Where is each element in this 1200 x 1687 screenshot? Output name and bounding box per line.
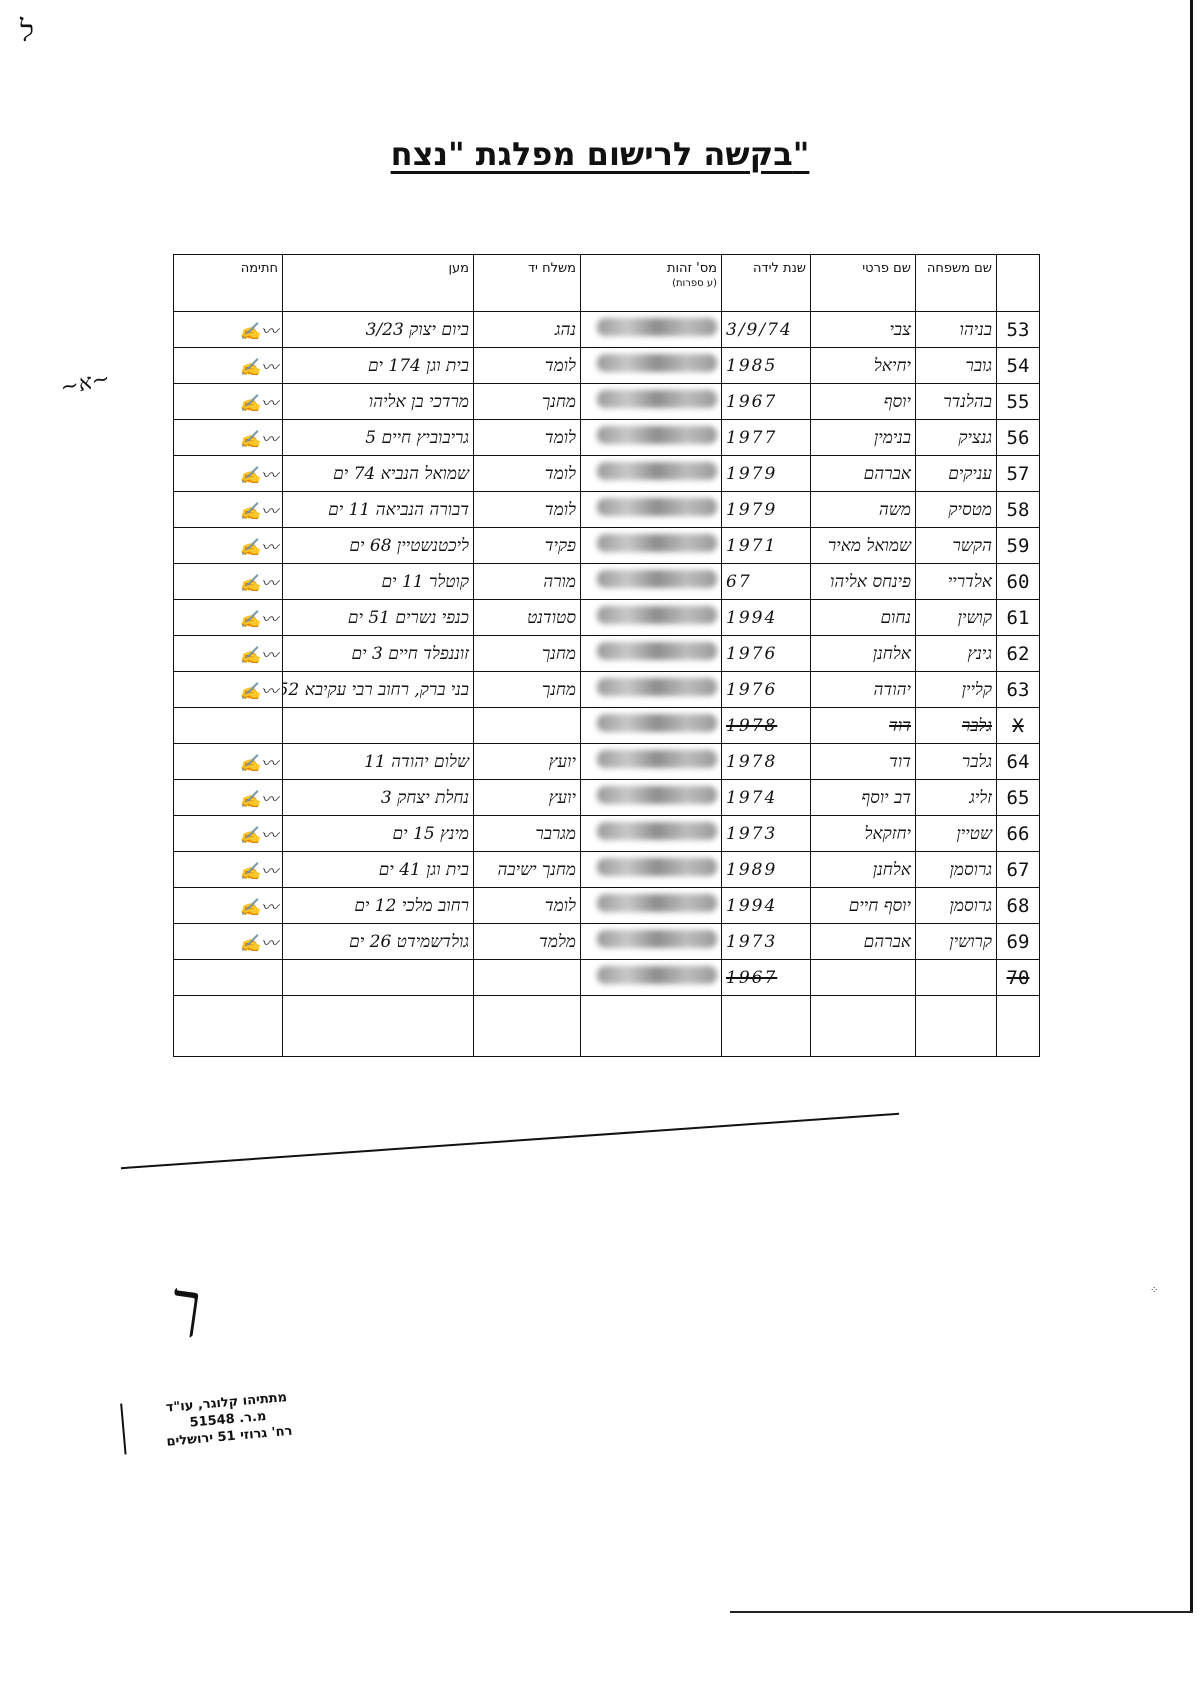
redacted-id-blur <box>597 642 717 660</box>
cell-first-name: אלחנן <box>811 852 916 888</box>
cell-address <box>283 708 474 744</box>
cell-occupation: מורה <box>474 564 581 600</box>
table-body: 53בניהוצבי3/9/74נהגביום יצוק 3/23〰✍54גוב… <box>174 312 1040 1057</box>
row-number: 70 <box>997 960 1040 996</box>
redacted-id-blur <box>597 930 717 948</box>
cell-address: נחלת יצחק 3 <box>283 780 474 816</box>
cell-last-name: קרושין <box>916 924 997 960</box>
cell-id-number <box>581 960 722 996</box>
cell-id-number <box>581 924 722 960</box>
handwritten-signature: 〰✍ <box>240 322 278 342</box>
handwritten-signature: 〰✍ <box>240 358 278 378</box>
handwritten-signature: 〰✍ <box>240 646 278 666</box>
cell-id-number <box>581 816 722 852</box>
cell-signature: 〰✍ <box>174 780 283 816</box>
cell-first-name: יוסף חיים <box>811 888 916 924</box>
table-row: 59הקשרשמואל מאיר1971פקידליכטנשטיין 68 ים… <box>174 528 1040 564</box>
cell-id-number <box>581 636 722 672</box>
redacted-id-blur <box>597 462 717 480</box>
handwritten-signature: 〰✍ <box>240 610 278 630</box>
cell-last-name: קליין <box>916 672 997 708</box>
redacted-id-blur <box>597 606 717 624</box>
cell-occupation: פקיד <box>474 528 581 564</box>
cell-occupation: יועץ <box>474 780 581 816</box>
cell-birth-year: 3/9/74 <box>722 312 811 348</box>
cell-birth-year: 1976 <box>722 636 811 672</box>
cell-first-name: פינחס אליהו <box>811 564 916 600</box>
cell-address: כנפי נשרים 51 ים <box>283 600 474 636</box>
cell-last-name: שטיין <box>916 816 997 852</box>
cell-signature: 〰✍ <box>174 852 283 888</box>
row-number: X <box>997 708 1040 744</box>
redacted-id-blur <box>597 714 717 732</box>
table-row: 67גרוסמןאלחנן1989מחנך ישיבהבית וגן 41 ים… <box>174 852 1040 888</box>
row-number: 67 <box>997 852 1040 888</box>
cell-id-number <box>581 528 722 564</box>
empty-cell <box>283 996 474 1057</box>
cell-signature: 〰✍ <box>174 924 283 960</box>
cell-signature: 〰✍ <box>174 816 283 852</box>
cell-birth-year: 1978 <box>722 708 811 744</box>
redacted-id-blur <box>597 822 717 840</box>
cell-occupation: נהג <box>474 312 581 348</box>
cell-address: שלום יהודה 11 <box>283 744 474 780</box>
cell-first-name: בנימין <box>811 420 916 456</box>
cell-id-number <box>581 744 722 780</box>
cell-address: ביום יצוק 3/23 <box>283 312 474 348</box>
registration-table: שם משפחה שם פרטי שנת לידה מס' זהות (ע ספ… <box>173 254 1032 1195</box>
empty-cell <box>811 996 916 1057</box>
header-last-name: שם משפחה <box>916 255 997 312</box>
cell-signature: 〰✍ <box>174 528 283 564</box>
cell-id-number <box>581 600 722 636</box>
cell-birth-year: 1974 <box>722 780 811 816</box>
row-number: 61 <box>997 600 1040 636</box>
cell-signature: 〰✍ <box>174 456 283 492</box>
cell-occupation: יועץ <box>474 744 581 780</box>
row-number: 68 <box>997 888 1040 924</box>
cell-last-name: עניקים <box>916 456 997 492</box>
cell-first-name: דוד <box>811 744 916 780</box>
table-row: 57עניקיםאברהם1979לומדשמואל הנביא 74 ים〰✍ <box>174 456 1040 492</box>
cell-address: שמואל הנביא 74 ים <box>283 456 474 492</box>
document-title: בקשה לרישום מפלגת "נצח" <box>391 135 810 173</box>
cell-last-name: הקשר <box>916 528 997 564</box>
cell-birth-year: 1967 <box>722 384 811 420</box>
redacted-id-blur <box>597 498 717 516</box>
cell-address: ליכטנשטיין 68 ים <box>283 528 474 564</box>
cell-last-name: בניהו <box>916 312 997 348</box>
table-row: 68גרוסמןיוסף חיים1994לומדרחוב מלכי 12 ים… <box>174 888 1040 924</box>
cell-first-name: יהודה <box>811 672 916 708</box>
cell-last-name: מטסיק <box>916 492 997 528</box>
table-row: 56גנציקבנימין1977לומדגריבוביץ חיים 5〰✍ <box>174 420 1040 456</box>
redacted-id-blur <box>597 750 717 768</box>
cell-first-name: אלחנן <box>811 636 916 672</box>
cell-birth-year: 1971 <box>722 528 811 564</box>
cell-first-name: יוסף <box>811 384 916 420</box>
cell-signature: 〰✍ <box>174 636 283 672</box>
initial-mark: ך <box>167 1268 206 1341</box>
header-address: מען <box>283 255 474 312</box>
cell-id-number <box>581 672 722 708</box>
cell-first-name: דב יוסף <box>811 780 916 816</box>
cell-birth-year: 1973 <box>722 924 811 960</box>
empty-cell <box>174 996 283 1057</box>
cell-birth-year: 1967 <box>722 960 811 996</box>
table-row: 62גינץאלחנן1976מחנךזוננפלד חיים 3 ים〰✍ <box>174 636 1040 672</box>
row-number: 62 <box>997 636 1040 672</box>
table-row: 54גובריחיאל1985לומדבית וגן 174 ים〰✍ <box>174 348 1040 384</box>
handwritten-signature: 〰✍ <box>240 826 278 846</box>
row-number: 54 <box>997 348 1040 384</box>
row-number: 63 <box>997 672 1040 708</box>
row-number: 69 <box>997 924 1040 960</box>
document-title-wrapper: בקשה לרישום מפלגת "נצח" <box>0 135 1200 173</box>
scan-speck: ⁘ <box>1150 1285 1158 1296</box>
cell-signature: 〰✍ <box>174 384 283 420</box>
cell-first-name: משה <box>811 492 916 528</box>
cell-id-number <box>581 312 722 348</box>
cell-occupation <box>474 708 581 744</box>
handwritten-signature: 〰✍ <box>240 790 278 810</box>
cell-signature: 〰✍ <box>174 420 283 456</box>
cell-birth-year: 1977 <box>722 420 811 456</box>
cell-signature: 〰✍ <box>174 744 283 780</box>
cell-occupation: מלמד <box>474 924 581 960</box>
cell-birth-year: 1985 <box>722 348 811 384</box>
redacted-id-blur <box>597 354 717 372</box>
cell-id-number <box>581 492 722 528</box>
cell-birth-year: 1994 <box>722 600 811 636</box>
header-first-name: שם פרטי <box>811 255 916 312</box>
redacted-id-blur <box>597 894 717 912</box>
table-row: 69קרושיןאברהם1973מלמדגולדשמידט 26 ים〰✍ <box>174 924 1040 960</box>
cell-occupation: מחנך <box>474 384 581 420</box>
cell-id-number <box>581 384 722 420</box>
handwritten-signature: 〰✍ <box>240 682 278 702</box>
row-number: 65 <box>997 780 1040 816</box>
table-header-row: שם משפחה שם פרטי שנת לידה מס' זהות (ע ספ… <box>174 255 1040 312</box>
cell-last-name: גלבר <box>916 744 997 780</box>
table-row: 60אלדרייפינחס אליהו67מורהקוטלר 11 ים〰✍ <box>174 564 1040 600</box>
row-number: 60 <box>997 564 1040 600</box>
cell-id-number <box>581 708 722 744</box>
cell-occupation: סטודנט <box>474 600 581 636</box>
handwritten-signature: 〰✍ <box>240 574 278 594</box>
handwritten-signature: 〰✍ <box>240 862 278 882</box>
cell-id-number <box>581 420 722 456</box>
row-number: 66 <box>997 816 1040 852</box>
header-birth-year: שנת לידה <box>722 255 811 312</box>
cell-address: מרדכי בן אליהו <box>283 384 474 420</box>
cell-birth-year: 1994 <box>722 888 811 924</box>
cell-id-number <box>581 780 722 816</box>
cell-birth-year: 1979 <box>722 492 811 528</box>
cell-id-number <box>581 348 722 384</box>
cell-occupation: לומד <box>474 348 581 384</box>
row-number: 53 <box>997 312 1040 348</box>
cell-signature: 〰✍ <box>174 312 283 348</box>
cell-signature: 〰✍ <box>174 564 283 600</box>
empty-cell <box>722 996 811 1057</box>
table-row: 64גלברדוד1978יועץשלום יהודה 11〰✍ <box>174 744 1040 780</box>
cell-last-name: גנציק <box>916 420 997 456</box>
handwritten-signature: 〰✍ <box>240 934 278 954</box>
cell-occupation: לומד <box>474 420 581 456</box>
cell-occupation: מחנך <box>474 636 581 672</box>
table-row: Xגלברדוד1978 <box>174 708 1040 744</box>
header-row-number <box>997 255 1040 312</box>
cell-address: בית וגן 174 ים <box>283 348 474 384</box>
cell-occupation: מחנך <box>474 672 581 708</box>
cell-id-number <box>581 852 722 888</box>
cell-last-name: גלבר <box>916 708 997 744</box>
cell-address: דבורה הנביאה 11 ים <box>283 492 474 528</box>
redacted-id-blur <box>597 966 717 984</box>
row-number: 56 <box>997 420 1040 456</box>
cell-occupation <box>474 960 581 996</box>
row-number: 57 <box>997 456 1040 492</box>
handwritten-signature: 〰✍ <box>240 430 278 450</box>
table-row: 53בניהוצבי3/9/74נהגביום יצוק 3/23〰✍ <box>174 312 1040 348</box>
cell-last-name: גרוסמן <box>916 888 997 924</box>
cell-id-number <box>581 456 722 492</box>
table-row: 66שטייןיחזקאל1973מגרברמינץ 15 ים〰✍ <box>174 816 1040 852</box>
table-row: 55בהלנדריוסף1967מחנךמרדכי בן אליהו〰✍ <box>174 384 1040 420</box>
cell-signature: 〰✍ <box>174 600 283 636</box>
row-number: 64 <box>997 744 1040 780</box>
cell-first-name: דוד <box>811 708 916 744</box>
table-row: 65זליגדב יוסף1974יועץנחלת יצחק 3〰✍ <box>174 780 1040 816</box>
row-number: 58 <box>997 492 1040 528</box>
cell-last-name: גובר <box>916 348 997 384</box>
cell-signature: 〰✍ <box>174 888 283 924</box>
redacted-id-blur <box>597 786 717 804</box>
cell-signature <box>174 708 283 744</box>
cell-address: קוטלר 11 ים <box>283 564 474 600</box>
cell-last-name: גרוסמן <box>916 852 997 888</box>
registration-grid: שם משפחה שם פרטי שנת לידה מס' זהות (ע ספ… <box>173 254 1040 1057</box>
cell-occupation: לומד <box>474 492 581 528</box>
cell-address <box>283 960 474 996</box>
cell-birth-year: 1979 <box>722 456 811 492</box>
handwritten-signature: 〰✍ <box>240 898 278 918</box>
cell-birth-year: 1973 <box>722 816 811 852</box>
cell-first-name: יחזקאל <box>811 816 916 852</box>
cell-signature: 〰✍ <box>174 492 283 528</box>
cell-address: מינץ 15 ים <box>283 816 474 852</box>
cell-birth-year: 67 <box>722 564 811 600</box>
redacted-id-blur <box>597 390 717 408</box>
redacted-id-blur <box>597 570 717 588</box>
page-border-right <box>1190 0 1193 1613</box>
redacted-id-blur <box>597 318 717 336</box>
cell-id-number <box>581 888 722 924</box>
cell-first-name: אברהם <box>811 456 916 492</box>
empty-cell <box>581 996 722 1057</box>
cell-first-name: שמואל מאיר <box>811 528 916 564</box>
lawyer-stamp: מתתיהו קלוגר, עו"ד מ.ר. 51548 רח' גרוזי … <box>120 1387 320 1455</box>
handwritten-signature: 〰✍ <box>240 466 278 486</box>
redacted-id-blur <box>597 534 717 552</box>
header-signature: חתימה <box>174 255 283 312</box>
cell-last-name: זליג <box>916 780 997 816</box>
cell-birth-year: 1978 <box>722 744 811 780</box>
cell-address: רחוב מלכי 12 ים <box>283 888 474 924</box>
cell-address: בני ברק, רחוב רבי עקיבא 52 <box>283 672 474 708</box>
cell-address: גולדשמידט 26 ים <box>283 924 474 960</box>
cell-birth-year: 1989 <box>722 852 811 888</box>
cell-signature <box>174 960 283 996</box>
cell-last-name: אלדריי <box>916 564 997 600</box>
cell-occupation: לומד <box>474 456 581 492</box>
header-occupation: משלח יד <box>474 255 581 312</box>
cell-occupation: מחנך ישיבה <box>474 852 581 888</box>
handwritten-signature: 〰✍ <box>240 502 278 522</box>
table-row: 701967 <box>174 960 1040 996</box>
handwritten-signature: 〰✍ <box>240 394 278 414</box>
header-id-label: מס' זהות <box>667 261 717 276</box>
cell-birth-year: 1976 <box>722 672 811 708</box>
cell-occupation: לומד <box>474 888 581 924</box>
header-id-number: מס' זהות (ע ספרות) <box>581 255 722 312</box>
empty-cell <box>916 996 997 1057</box>
handwritten-signature: 〰✍ <box>240 538 278 558</box>
cell-last-name: קושין <box>916 600 997 636</box>
cell-address: גריבוביץ חיים 5 <box>283 420 474 456</box>
row-number: 59 <box>997 528 1040 564</box>
cell-last-name: בהלנדר <box>916 384 997 420</box>
table-row: 61קושיןנחום1994סטודנטכנפי נשרים 51 ים〰✍ <box>174 600 1040 636</box>
cell-occupation: מגרבר <box>474 816 581 852</box>
cell-address: זוננפלד חיים 3 ים <box>283 636 474 672</box>
margin-signature: ~ﬡ~ <box>58 365 112 401</box>
cell-first-name: נחום <box>811 600 916 636</box>
table-row: 58מטסיקמשה1979לומדדבורה הנביאה 11 ים〰✍ <box>174 492 1040 528</box>
cell-id-number <box>581 564 722 600</box>
cell-first-name <box>811 960 916 996</box>
empty-cell <box>997 996 1040 1057</box>
cell-last-name: גינץ <box>916 636 997 672</box>
page-border-bottom <box>730 1611 1193 1613</box>
cell-signature: 〰✍ <box>174 348 283 384</box>
redacted-id-blur <box>597 678 717 696</box>
cell-signature: 〰✍ <box>174 672 283 708</box>
cell-first-name: צבי <box>811 312 916 348</box>
handwritten-signature: 〰✍ <box>240 754 278 774</box>
cell-first-name: אברהם <box>811 924 916 960</box>
header-id-note: (ע ספרות) <box>585 278 717 289</box>
cell-last-name <box>916 960 997 996</box>
page-corner-mark: ל <box>20 14 34 49</box>
redacted-id-blur <box>597 858 717 876</box>
redacted-id-blur <box>597 426 717 444</box>
empty-cell <box>474 996 581 1057</box>
table-row: 63קלייןיהודה1976מחנךבני ברק, רחוב רבי עק… <box>174 672 1040 708</box>
row-number: 55 <box>997 384 1040 420</box>
table-row-empty <box>174 996 1040 1057</box>
cell-address: בית וגן 41 ים <box>283 852 474 888</box>
cell-first-name: יחיאל <box>811 348 916 384</box>
